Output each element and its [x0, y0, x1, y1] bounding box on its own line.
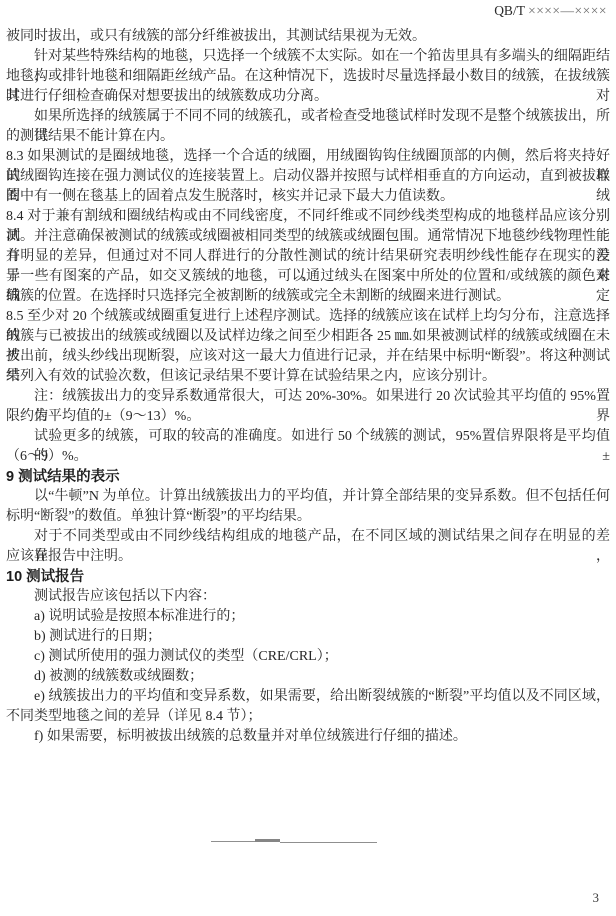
- text-line: 拔出前，绒头纱线出现断裂，应该对这一最大力值进行记录，并在结果中标明“断裂”。将…: [6, 347, 610, 367]
- document-body: 被同时拔出，或只有绒簇的部分纤维被拔出，其测试结果视为无效。针对某些特殊结构的地…: [6, 27, 610, 747]
- text-line: 果列入有效的试验次数，但该记录结果不要计算在试验结果之内，应该分别计。: [6, 367, 610, 387]
- section-heading: 10 测试报告: [6, 567, 610, 587]
- text-line: 于一些有图案的产品，如交叉簇绒的地毯，可以通过绒头在图案中所处的位置和/或绒簇的…: [6, 267, 610, 287]
- text-line: 注：绒簇拔出力的变异系数通常很大，可达 20%-30%。如果进行 20 次试验其…: [6, 387, 610, 407]
- text-line: a) 说明试验是按照本标准进行的；: [6, 607, 610, 627]
- text-line: 不同类型地毯之间的差异（详见 8.4 节）；: [6, 707, 610, 727]
- text-line: f) 如果需要，标明被拔出绒簇的总数量并对单位绒簇进行仔细的描述。: [6, 727, 610, 747]
- text-line: 测试报告应该包括以下内容：: [6, 587, 610, 607]
- text-line: 8.5 至少对 20 个绒簇或绒圈重复进行上述程序测试。选择的绒簇应该在试样上均…: [6, 307, 610, 327]
- text-line: 标明“断裂”的数值。单独计算“断裂”的平均结果。: [6, 507, 610, 527]
- footer-divider-dash: [255, 839, 280, 842]
- text-line: 地毯，或排针地毯和细隔距丝绒产品。在这种情况下，选拔时尽量选择最小数目的绒簇，在…: [6, 67, 610, 87]
- text-line: 的测试结果不能计算在内。: [6, 127, 610, 147]
- text-line: e) 绒簇拔出力的平均值和变异系数，如果需要，给出断裂绒簇的“断裂”平均值以及不…: [6, 687, 610, 707]
- footer-divider-right: [280, 842, 377, 843]
- text-line: 针对某些特殊结构的地毯，只选择一个绒簇不太实际。如在一个筘齿里具有多端头的细隔距…: [6, 47, 610, 67]
- section-heading: 9 测试结果的表示: [6, 467, 610, 487]
- text-line: 试验更多的绒簇，可取的较高的准确度。如进行 50 个绒簇的测试，95%置信界限将…: [6, 427, 610, 447]
- doc-code-prefix: QB/T: [494, 3, 525, 18]
- text-line: 有明显的差异，但通过对不同人群进行的分散性测试的统计结果研究表明纱线性能存在现实…: [6, 247, 610, 267]
- text-line: 试。并注意确保被测试的绒簇或绒圈被相同类型的绒簇或绒圈包围。通常情况下地毯纱线物…: [6, 227, 610, 247]
- text-line: 如果所选择的绒簇属于不同不同的绒簇孔，或者检查受地毯试样时发现不是整个绒簇拔出，…: [6, 107, 610, 127]
- text-line: 对于不同类型或由不同纱线结构组成的地毯产品，在不同区域的测试结果之间存在明显的差…: [6, 527, 610, 547]
- text-line: 8.3 如果测试的是圈绒地毯，选择一个合适的绒圈，用绒圈钩钩住绒圈顶部的内侧，然…: [6, 147, 610, 167]
- text-line: 8.4 对于兼有割绒和圈绒结构或由不同线密度，不同纤维或不同纱线类型构成的地毯样…: [6, 207, 610, 227]
- document-page: QB/T ××××—×××× 被同时拔出，或只有绒簇的部分纤维被拔出，其测试结果…: [0, 0, 616, 916]
- page-number: 3: [593, 890, 600, 906]
- text-line: 被同时拔出，或只有绒簇的部分纤维被拔出，其测试结果视为无效。: [6, 27, 610, 47]
- text-line: 以“牛顿”N 为单位。计算出绒簇拔出力的平均值，并计算全部结果的变异系数。但不包…: [6, 487, 610, 507]
- text-line: b) 测试进行的日期；: [6, 627, 610, 647]
- page-header: QB/T ××××—××××: [494, 4, 607, 18]
- text-line: 的绒圈钩连接在强力测试仪的连接装置上。启动仪器并按照与试样相垂直的方向运动，直到…: [6, 167, 610, 187]
- text-line: d) 被测的绒簇数或绒圈数；: [6, 667, 610, 687]
- text-line: c) 测试所使用的强力测试仪的类型（CRE/CRL）；: [6, 647, 610, 667]
- doc-code-number: ××××—××××: [528, 3, 607, 18]
- text-line: 绒簇与已被拔出的绒簇或绒圈以及试样边缘之间至少相距各 25 ㎜.如果被测试样的绒…: [6, 327, 610, 347]
